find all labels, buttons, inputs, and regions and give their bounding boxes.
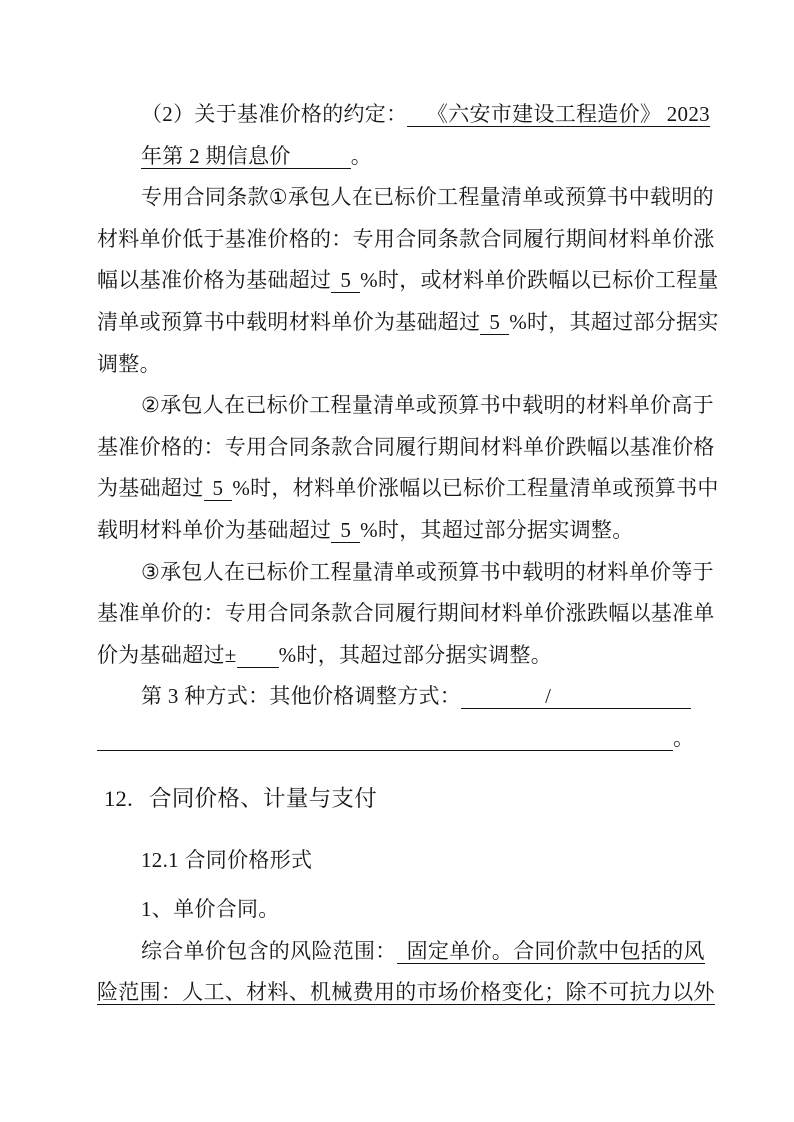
method3-blank-continuation — [97, 726, 673, 751]
clause2-fill-part1: 《六安市建设工程造价》 2023 — [407, 102, 710, 127]
clause2-label: （2）关于基准价格的约定： — [141, 102, 407, 126]
special-terms-line1: 专用合同条款①承包人在已标价工程量清单或预算书中载明的 — [97, 177, 697, 219]
special-terms-line2: 材料单价低于基准价格的：专用合同条款合同履行期间材料单价涨 — [97, 219, 697, 261]
risk-scope-fill-part2: 险范围：人工、材料、机械费用的市场价格变化；除不可抗力以外 — [97, 980, 715, 1005]
special-terms-line4: 清单或预算书中载明材料单价为基础超过5%时，其超过部分据实 — [97, 302, 697, 344]
document-page: （2）关于基准价格的约定：《六安市建设工程造价》 2023 年第 2 期信息价。… — [0, 0, 794, 1122]
circle3-line2: 基准单价的：专用合同条款合同履行期间材料单价涨跌幅以基准单 — [97, 593, 697, 635]
method3-line2: 。 — [97, 718, 697, 760]
clause2-period: 。 — [351, 144, 372, 168]
circle2-text1: ②承包人在已标价工程量清单或预算书中载明的材料单价高于 — [141, 393, 714, 417]
circle2-text4a: 载明材料单价为基础超过 — [97, 518, 331, 542]
circle3-text2: 基准单价的：专用合同条款合同履行期间材料单价涨跌幅以基准单 — [97, 601, 715, 625]
method3-label: 第 3 种方式：其他价格调整方式： — [141, 684, 461, 708]
circle2-line3: 为基础超过5%时，材料单价涨幅以已标价工程量清单或预算书中 — [97, 468, 697, 510]
section-title: 合同价格、计量与支付 — [149, 786, 377, 811]
percent-blank-4: 5 — [331, 518, 360, 543]
special-terms-line5: 调整。 — [97, 344, 697, 386]
section-number: 12. — [104, 786, 133, 811]
clause2-fill-part2: 年第 2 期信息价 — [141, 144, 351, 169]
list-item-text: 1、单价合同。 — [141, 897, 280, 921]
list-item-unit-price-contract: 1、单价合同。 — [97, 889, 697, 931]
empty-percent-blank — [237, 643, 279, 668]
circle2-text3b: %时，材料单价涨幅以已标价工程量清单或预算书中 — [232, 476, 718, 500]
subsection-heading-12-1: 12.1 合同价格形式 — [97, 840, 697, 882]
risk-scope-line2: 险范围：人工、材料、机械费用的市场价格变化；除不可抗力以外 — [97, 972, 697, 1014]
circle2-text3a: 为基础超过 — [97, 476, 204, 500]
risk-scope-label: 综合单价包含的风险范围： — [141, 939, 397, 963]
circle2-line4: 载明材料单价为基础超过5%时，其超过部分据实调整。 — [97, 510, 697, 552]
section-heading-12: 12.合同价格、计量与支付 — [97, 778, 697, 820]
special-terms-text5: 调整。 — [97, 352, 161, 376]
special-terms-text3a: 幅以基准价格为基础超过 — [97, 268, 331, 292]
percent-blank-2: 5 — [480, 310, 509, 335]
percent-blank-1: 5 — [331, 268, 360, 293]
special-terms-text1: 专用合同条款①承包人在已标价工程量清单或预算书中载明的 — [141, 185, 714, 209]
subsection-title: 12.1 合同价格形式 — [141, 848, 312, 872]
circle2-line2: 基准价格的：专用合同条款合同履行期间材料单价跌幅以基准价格 — [97, 427, 697, 469]
method3-line1: 第 3 种方式：其他价格调整方式：/ — [97, 676, 697, 718]
circle3-text3a: 价为基础超过± — [97, 643, 237, 667]
special-terms-text2: 材料单价低于基准价格的：专用合同条款合同履行期间材料单价涨 — [97, 227, 715, 251]
circle3-line3: 价为基础超过±%时，其超过部分据实调整。 — [97, 635, 697, 677]
circle2-text2: 基准价格的：专用合同条款合同履行期间材料单价跌幅以基准价格 — [97, 435, 715, 459]
special-terms-text4b: %时，其超过部分据实 — [509, 310, 719, 334]
method3-blank-slash: / — [461, 684, 691, 709]
circle2-line1: ②承包人在已标价工程量清单或预算书中载明的材料单价高于 — [97, 385, 697, 427]
clause2-line1: （2）关于基准价格的约定：《六安市建设工程造价》 2023 — [97, 94, 697, 136]
clause2-line2: 年第 2 期信息价。 — [97, 136, 697, 178]
circle3-text3b: %时，其超过部分据实调整。 — [279, 643, 552, 667]
risk-scope-line1: 综合单价包含的风险范围：固定单价。合同价款中包括的风 — [97, 931, 697, 973]
circle3-line1: ③承包人在已标价工程量清单或预算书中载明的材料单价等于 — [97, 552, 697, 594]
method3-period: 。 — [673, 726, 694, 750]
special-terms-text4a: 清单或预算书中载明材料单价为基础超过 — [97, 310, 480, 334]
circle3-text1: ③承包人在已标价工程量清单或预算书中载明的材料单价等于 — [141, 560, 714, 584]
circle2-text4b: %时，其超过部分据实调整。 — [360, 518, 633, 542]
special-terms-text3b: %时，或材料单价跌幅以已标价工程量 — [360, 268, 719, 292]
risk-scope-fill-part1: 固定单价。合同价款中包括的风 — [397, 939, 705, 964]
percent-blank-3: 5 — [204, 476, 233, 501]
special-terms-line3: 幅以基准价格为基础超过5%时，或材料单价跌幅以已标价工程量 — [97, 260, 697, 302]
